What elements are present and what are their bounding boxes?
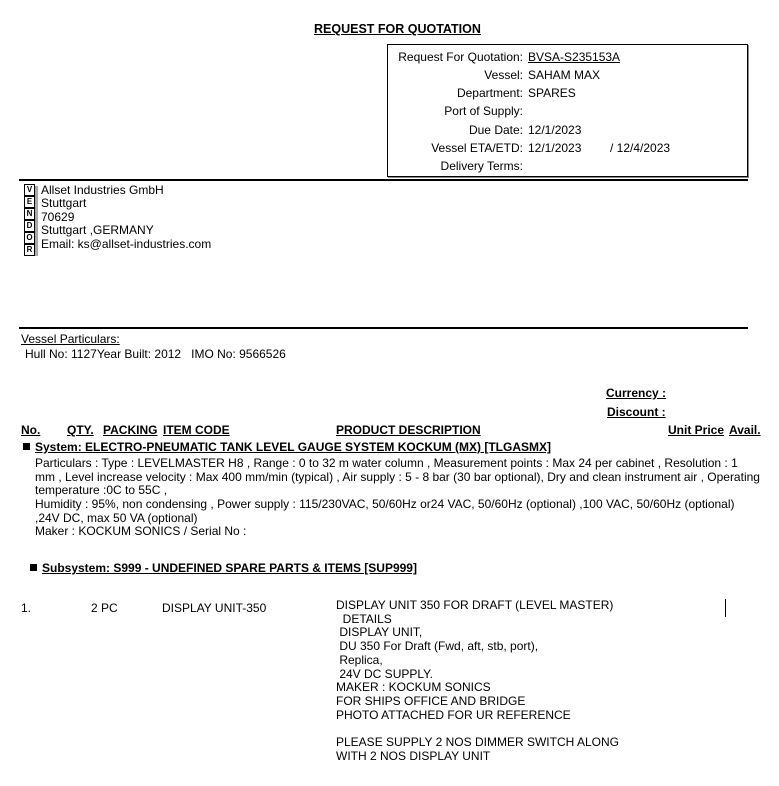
etd-value: / 12/4/2023 <box>610 141 670 155</box>
item-qty: 2 PC <box>91 601 118 615</box>
header-row-vessel: Vessel: SAHAM MAX <box>388 68 747 86</box>
department-label: Department: <box>457 86 523 100</box>
vessel-particulars-line: Hull No: 1127Year Built: 2012 IMO No: 95… <box>25 347 286 361</box>
vendor-email: Email: ks@allset-industries.com <box>41 238 211 251</box>
vendor-city: Stuttgart <box>41 197 211 210</box>
eta-etd-label: Vessel ETA/ETD: <box>431 141 523 155</box>
system-heading-text: System: ELECTRO-PNEUMATIC TANK LEVEL GAU… <box>35 440 551 454</box>
column-header-item-code: ITEM CODE <box>163 423 230 437</box>
subsystem-heading-text: Subsystem: S999 - UNDEFINED SPARE PARTS … <box>42 561 417 575</box>
vessel-value: SAHAM MAX <box>528 68 600 82</box>
vendor-tag: V E N D O R <box>24 184 35 256</box>
header-row-rfq: Request For Quotation: BVSA-S235153A <box>388 50 747 68</box>
vendor-postcode: 70629 <box>41 211 211 224</box>
item-code: DISPLAY UNIT-350 <box>162 601 266 615</box>
vendor-tag-letter: E <box>24 196 35 208</box>
header-row-delivery-terms: Delivery Terms: <box>388 159 747 177</box>
header-row-due-date: Due Date: 12/1/2023 <box>388 123 747 141</box>
bullet-square-icon <box>23 443 30 450</box>
currency-label: Currency : <box>606 386 666 400</box>
section-divider <box>19 179 748 181</box>
item-no: 1. <box>21 601 31 615</box>
vendor-tag-letter: N <box>24 208 35 220</box>
header-row-department: Department: SPARES <box>388 86 747 104</box>
rfq-number: BVSA-S235153A <box>528 50 620 64</box>
column-header-no: No. <box>21 423 40 437</box>
header-row-eta-etd: Vessel ETA/ETD: 12/1/2023 / 12/4/2023 <box>388 141 747 159</box>
rfq-label: Request For Quotation: <box>398 50 523 64</box>
system-maker: Maker : KOCKUM SONICS / Serial No : <box>35 525 246 539</box>
vendor-country: Stuttgart ,GERMANY <box>41 224 211 237</box>
department-value: SPARES <box>528 86 576 100</box>
item-description: DISPLAY UNIT 350 FOR DRAFT (LEVEL MASTER… <box>336 599 619 763</box>
document-title: REQUEST FOR QUOTATION <box>314 22 481 36</box>
eta-value: 12/1/2023 <box>528 141 581 155</box>
system-humidity-power: Humidity : 95%, non condensing , Power s… <box>35 498 760 525</box>
vendor-tag-letter: O <box>24 232 35 244</box>
header-row-port: Port of Supply: <box>388 104 747 122</box>
column-header-qty: QTY. <box>67 423 94 437</box>
due-date-label: Due Date: <box>469 123 523 137</box>
text-cursor <box>725 599 726 617</box>
port-label: Port of Supply: <box>444 104 523 118</box>
delivery-terms-label: Delivery Terms: <box>441 159 523 173</box>
vendor-address: Allset Industries GmbH Stuttgart 70629 S… <box>41 184 211 251</box>
vendor-tag-letter: R <box>24 244 35 256</box>
system-heading: System: ELECTRO-PNEUMATIC TANK LEVEL GAU… <box>23 440 551 454</box>
column-header-unit-price: Unit Price <box>668 423 724 437</box>
column-header-packing: PACKING <box>103 423 157 437</box>
vessel-particulars-heading: Vessel Particulars: <box>21 332 120 346</box>
column-header-avail: Avail. <box>729 423 761 437</box>
system-particulars: Particulars : Type : LEVELMASTER H8 , Ra… <box>35 457 760 498</box>
due-date-value: 12/1/2023 <box>528 123 581 137</box>
bullet-square-icon <box>30 564 37 571</box>
vendor-tag-letter: V <box>24 184 35 196</box>
vendor-tag-letter: D <box>24 220 35 232</box>
column-header-product-description: PRODUCT DESCRIPTION <box>336 423 481 437</box>
rfq-header-box: Request For Quotation: BVSA-S235153A Ves… <box>387 44 748 177</box>
vendor-name: Allset Industries GmbH <box>41 184 211 197</box>
vessel-label: Vessel: <box>484 68 523 82</box>
discount-label: Discount : <box>607 405 666 419</box>
subsystem-heading: Subsystem: S999 - UNDEFINED SPARE PARTS … <box>30 561 417 575</box>
section-divider <box>19 327 748 329</box>
